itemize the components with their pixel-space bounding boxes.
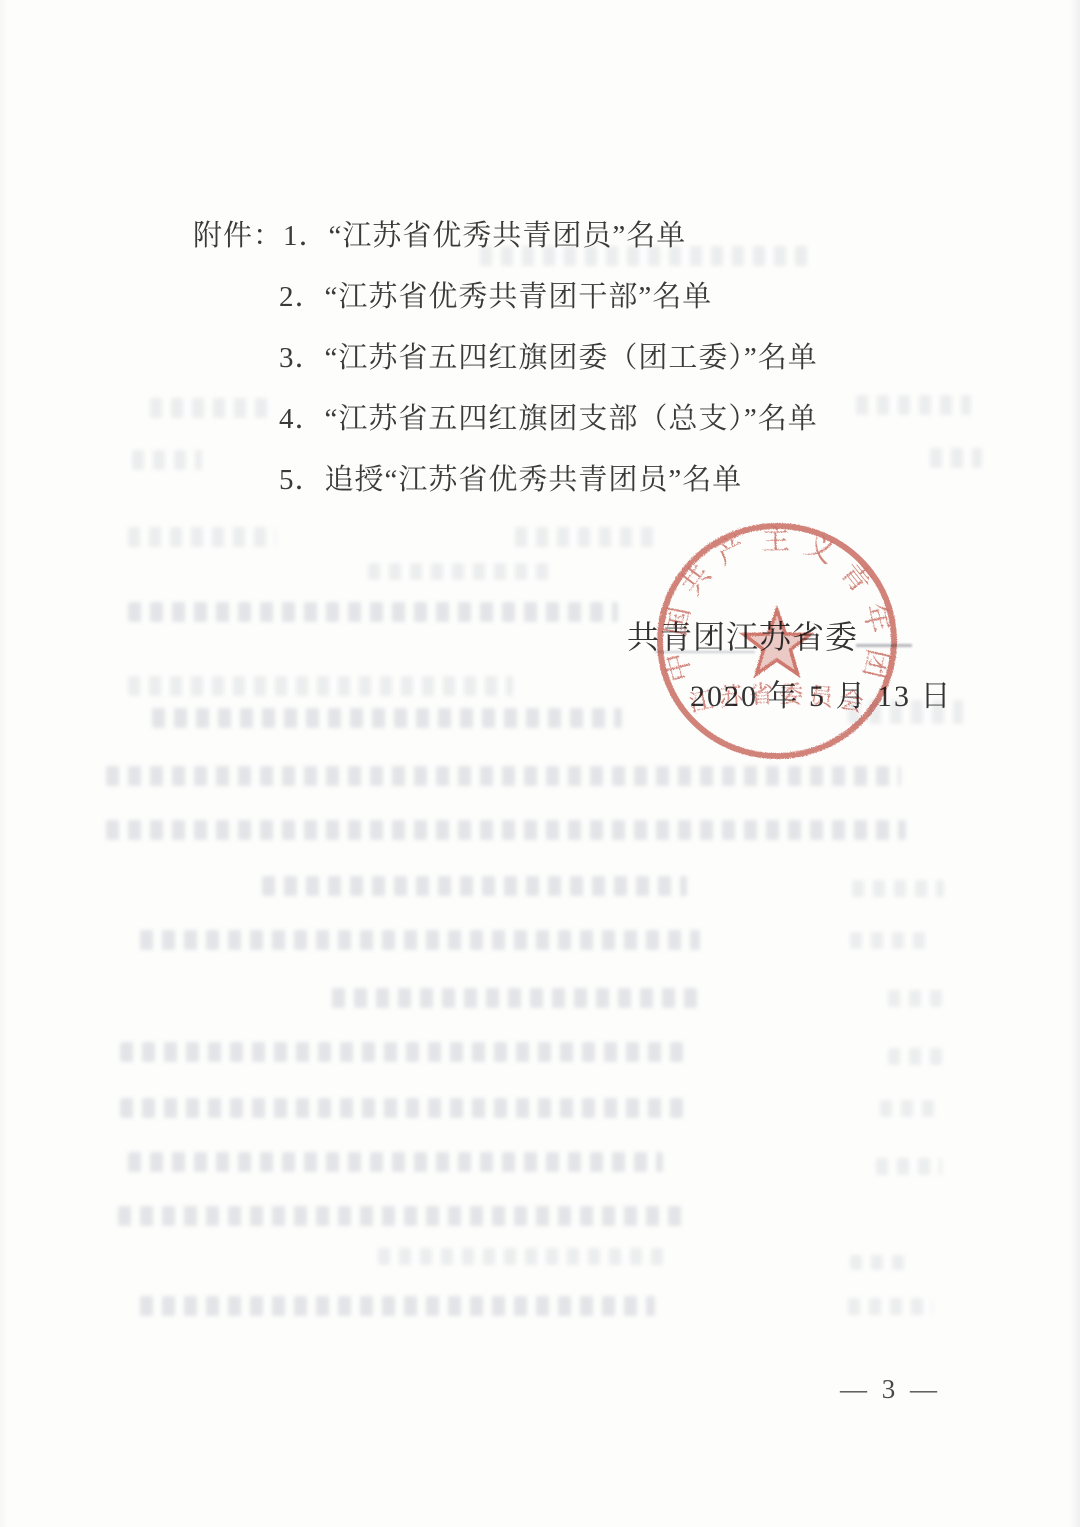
- bleed-through-line: [128, 527, 276, 547]
- document-page: 附件：1．“江苏省优秀共青团员”名单 2．“江苏省优秀共青团干部”名单 3．“江…: [0, 0, 1080, 1527]
- bleed-through-line: [856, 395, 971, 415]
- bleed-through-line: [848, 1298, 933, 1315]
- attachments-label: 附件：: [193, 220, 283, 252]
- attachment-row: 附件：1．“江苏省优秀共青团员”名单: [193, 206, 818, 267]
- bleed-through-line: [140, 1296, 655, 1316]
- bleed-through-line: [930, 448, 982, 468]
- bleed-through-line: [852, 880, 944, 897]
- attachment-item-5: 5．追授“江苏省优秀共青团员”名单: [193, 450, 818, 511]
- bleed-through-line: [132, 450, 202, 470]
- bleed-through-line: [120, 1042, 685, 1062]
- bleed-through-line: [128, 602, 618, 622]
- bleed-through-line: [378, 1248, 663, 1265]
- attachment-item-1: 1．“江苏省优秀共青团员”名单: [283, 220, 686, 252]
- bleed-through-line: [120, 1098, 685, 1118]
- bleed-through-line: [850, 1255, 910, 1270]
- official-seal: 中国共产主义青年团 江苏省委员会: [647, 511, 907, 771]
- bleed-through-line: [140, 930, 700, 950]
- attachment-item-4: 4．“江苏省五四红旗团支部（总支）”名单: [193, 389, 818, 450]
- bleed-through-line: [128, 1152, 663, 1172]
- bleed-through-line: [880, 1100, 940, 1117]
- page-number: — 3 —: [840, 1374, 941, 1405]
- attachment-item-2: 2．“江苏省优秀共青团干部”名单: [193, 267, 818, 328]
- bleed-through-line: [262, 876, 687, 896]
- bleed-through-line: [876, 1158, 942, 1175]
- bleed-through-line: [888, 1048, 943, 1065]
- bleed-through-line: [332, 988, 697, 1008]
- bleed-through-line: [888, 990, 950, 1007]
- bleed-through-line: [118, 1206, 683, 1226]
- bleed-through-line: [515, 527, 655, 547]
- bleed-through-line: [368, 563, 553, 580]
- attachments-block: 附件：1．“江苏省优秀共青团员”名单 2．“江苏省优秀共青团干部”名单 3．“江…: [193, 206, 818, 511]
- bleed-through-line: [128, 676, 513, 696]
- bleed-through-line: [152, 708, 622, 728]
- red-star-icon: [744, 610, 810, 674]
- attachment-item-3: 3．“江苏省五四红旗团委（团工委）”名单: [193, 328, 818, 389]
- bleed-through-line: [106, 820, 906, 840]
- bleed-through-line: [850, 932, 930, 949]
- seal-bottom-text: 江苏省委员会: [687, 681, 866, 718]
